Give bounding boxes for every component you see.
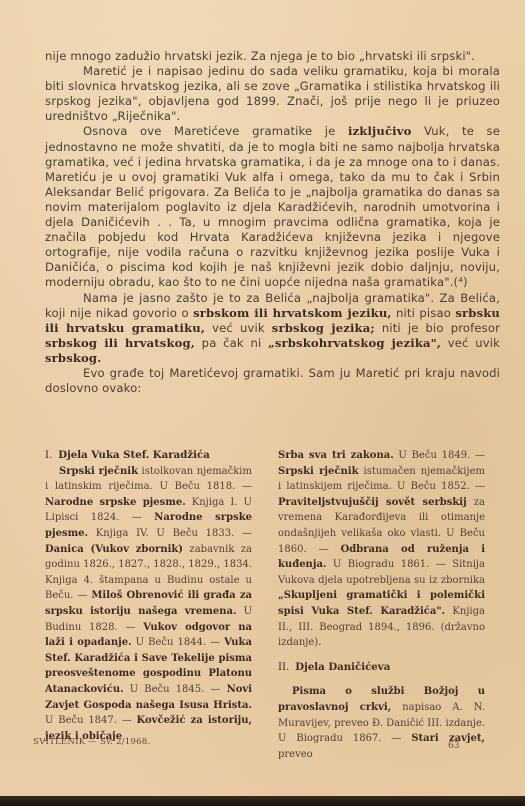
- work-details: U Beču 1847. —: [45, 715, 137, 726]
- scanned-page: nije mnogo zadužio hrvatski jezik. Za nj…: [0, 0, 525, 798]
- work-details: preveo: [278, 749, 313, 760]
- work-title: Narodne srpske pjesme.: [45, 497, 186, 508]
- spacer: [278, 651, 485, 660]
- bold-term: „srbskohrvatskog jezika",: [268, 336, 441, 350]
- work-details: U Beču 1845. —: [124, 684, 227, 695]
- journal-footer: SVITLENIK — Sv. 2/1968.: [33, 737, 150, 747]
- paragraph-text: niti pisao: [392, 306, 456, 320]
- paragraph-text: pa čak ni: [195, 336, 268, 350]
- page-number: 63: [448, 741, 459, 751]
- paragraph-1: nije mnogo zadužio hrvatski jezik. Za nj…: [45, 49, 500, 64]
- bold-term: srbskog ili hrvatskog,: [45, 336, 195, 350]
- paragraph-2: Maretić je i napisao jedinu do sada veli…: [45, 64, 500, 124]
- work-title: Srpski rječnik: [278, 466, 359, 477]
- paragraph-4: Nama je jasno zašto je to za Belića „naj…: [45, 291, 500, 366]
- bold-term: srbskom ili hrvatskom jeziku,: [193, 306, 391, 320]
- work-details: Knjiga IV. U Beču 1833. —: [88, 528, 252, 539]
- paragraph-text: Osnova ove Maretićeve gramatike je: [83, 124, 348, 138]
- bibliography-list-1: Srpski rječnik istolkovan njemačkim i la…: [45, 464, 252, 745]
- paragraph-text: Maretić je i napisao jedinu do sada veli…: [45, 64, 500, 123]
- paragraph-5: Evo građe toj Maretićevoj gramatiki. Sam…: [45, 366, 500, 396]
- bibliography-list-1-continued: Srba sva tri zakona. U Beču 1849. — Srps…: [278, 448, 485, 651]
- paragraph-text: Evo građe toj Maretićevoj gramatiki. Sam…: [45, 366, 500, 395]
- paragraph-3: Osnova ove Maretićeve gramatike je izklj…: [45, 124, 500, 290]
- spacer: [278, 675, 485, 684]
- bold-term: srbskog jezika;: [272, 321, 375, 335]
- section-heading-2: II.Djela Daničićeva: [278, 660, 485, 676]
- paragraph-text: niti je bio profesor: [375, 321, 500, 335]
- right-column: Srba sva tri zakona. U Beču 1849. — Srps…: [278, 448, 485, 762]
- section-title: Djela Vuka Stef. Karadžića: [58, 449, 210, 461]
- bold-term: srbskog.: [45, 351, 101, 365]
- paragraph-text: Vuk, te se jednostavno ne može shvatiti,…: [45, 124, 500, 289]
- work-title: Danica (Vukov zbornik): [45, 544, 183, 555]
- paragraph-text: već uvik: [441, 336, 500, 350]
- paragraph-text: već uvik: [205, 321, 272, 335]
- bibliography-columns: I.Djela Vuka Stef. Karadžića Srpski rječ…: [45, 448, 485, 762]
- page-bottom-edge: [0, 796, 525, 806]
- section-title: Djela Daničićeva: [295, 661, 390, 673]
- work-title: Praviteljstvujuščij sovět serbskij: [278, 497, 467, 508]
- section-heading-1: I.Djela Vuka Stef. Karadžića: [45, 448, 252, 464]
- work-details: U Beču 1849. —: [394, 450, 485, 461]
- main-body-text: nije mnogo zadužio hrvatski jezik. Za nj…: [45, 49, 500, 396]
- left-column: I.Djela Vuka Stef. Karadžića Srpski rječ…: [45, 448, 252, 762]
- section-number: I.: [45, 450, 52, 461]
- work-title: Srba sva tri zakona.: [278, 450, 394, 461]
- work-details: U Beču 1844. —: [132, 637, 225, 648]
- paragraph-text: nije mnogo zadužio hrvatski jezik. Za nj…: [45, 49, 475, 63]
- work-title: Srpski rječnik: [59, 466, 138, 477]
- bold-term: izključivo: [348, 124, 411, 138]
- section-number: II.: [278, 662, 289, 673]
